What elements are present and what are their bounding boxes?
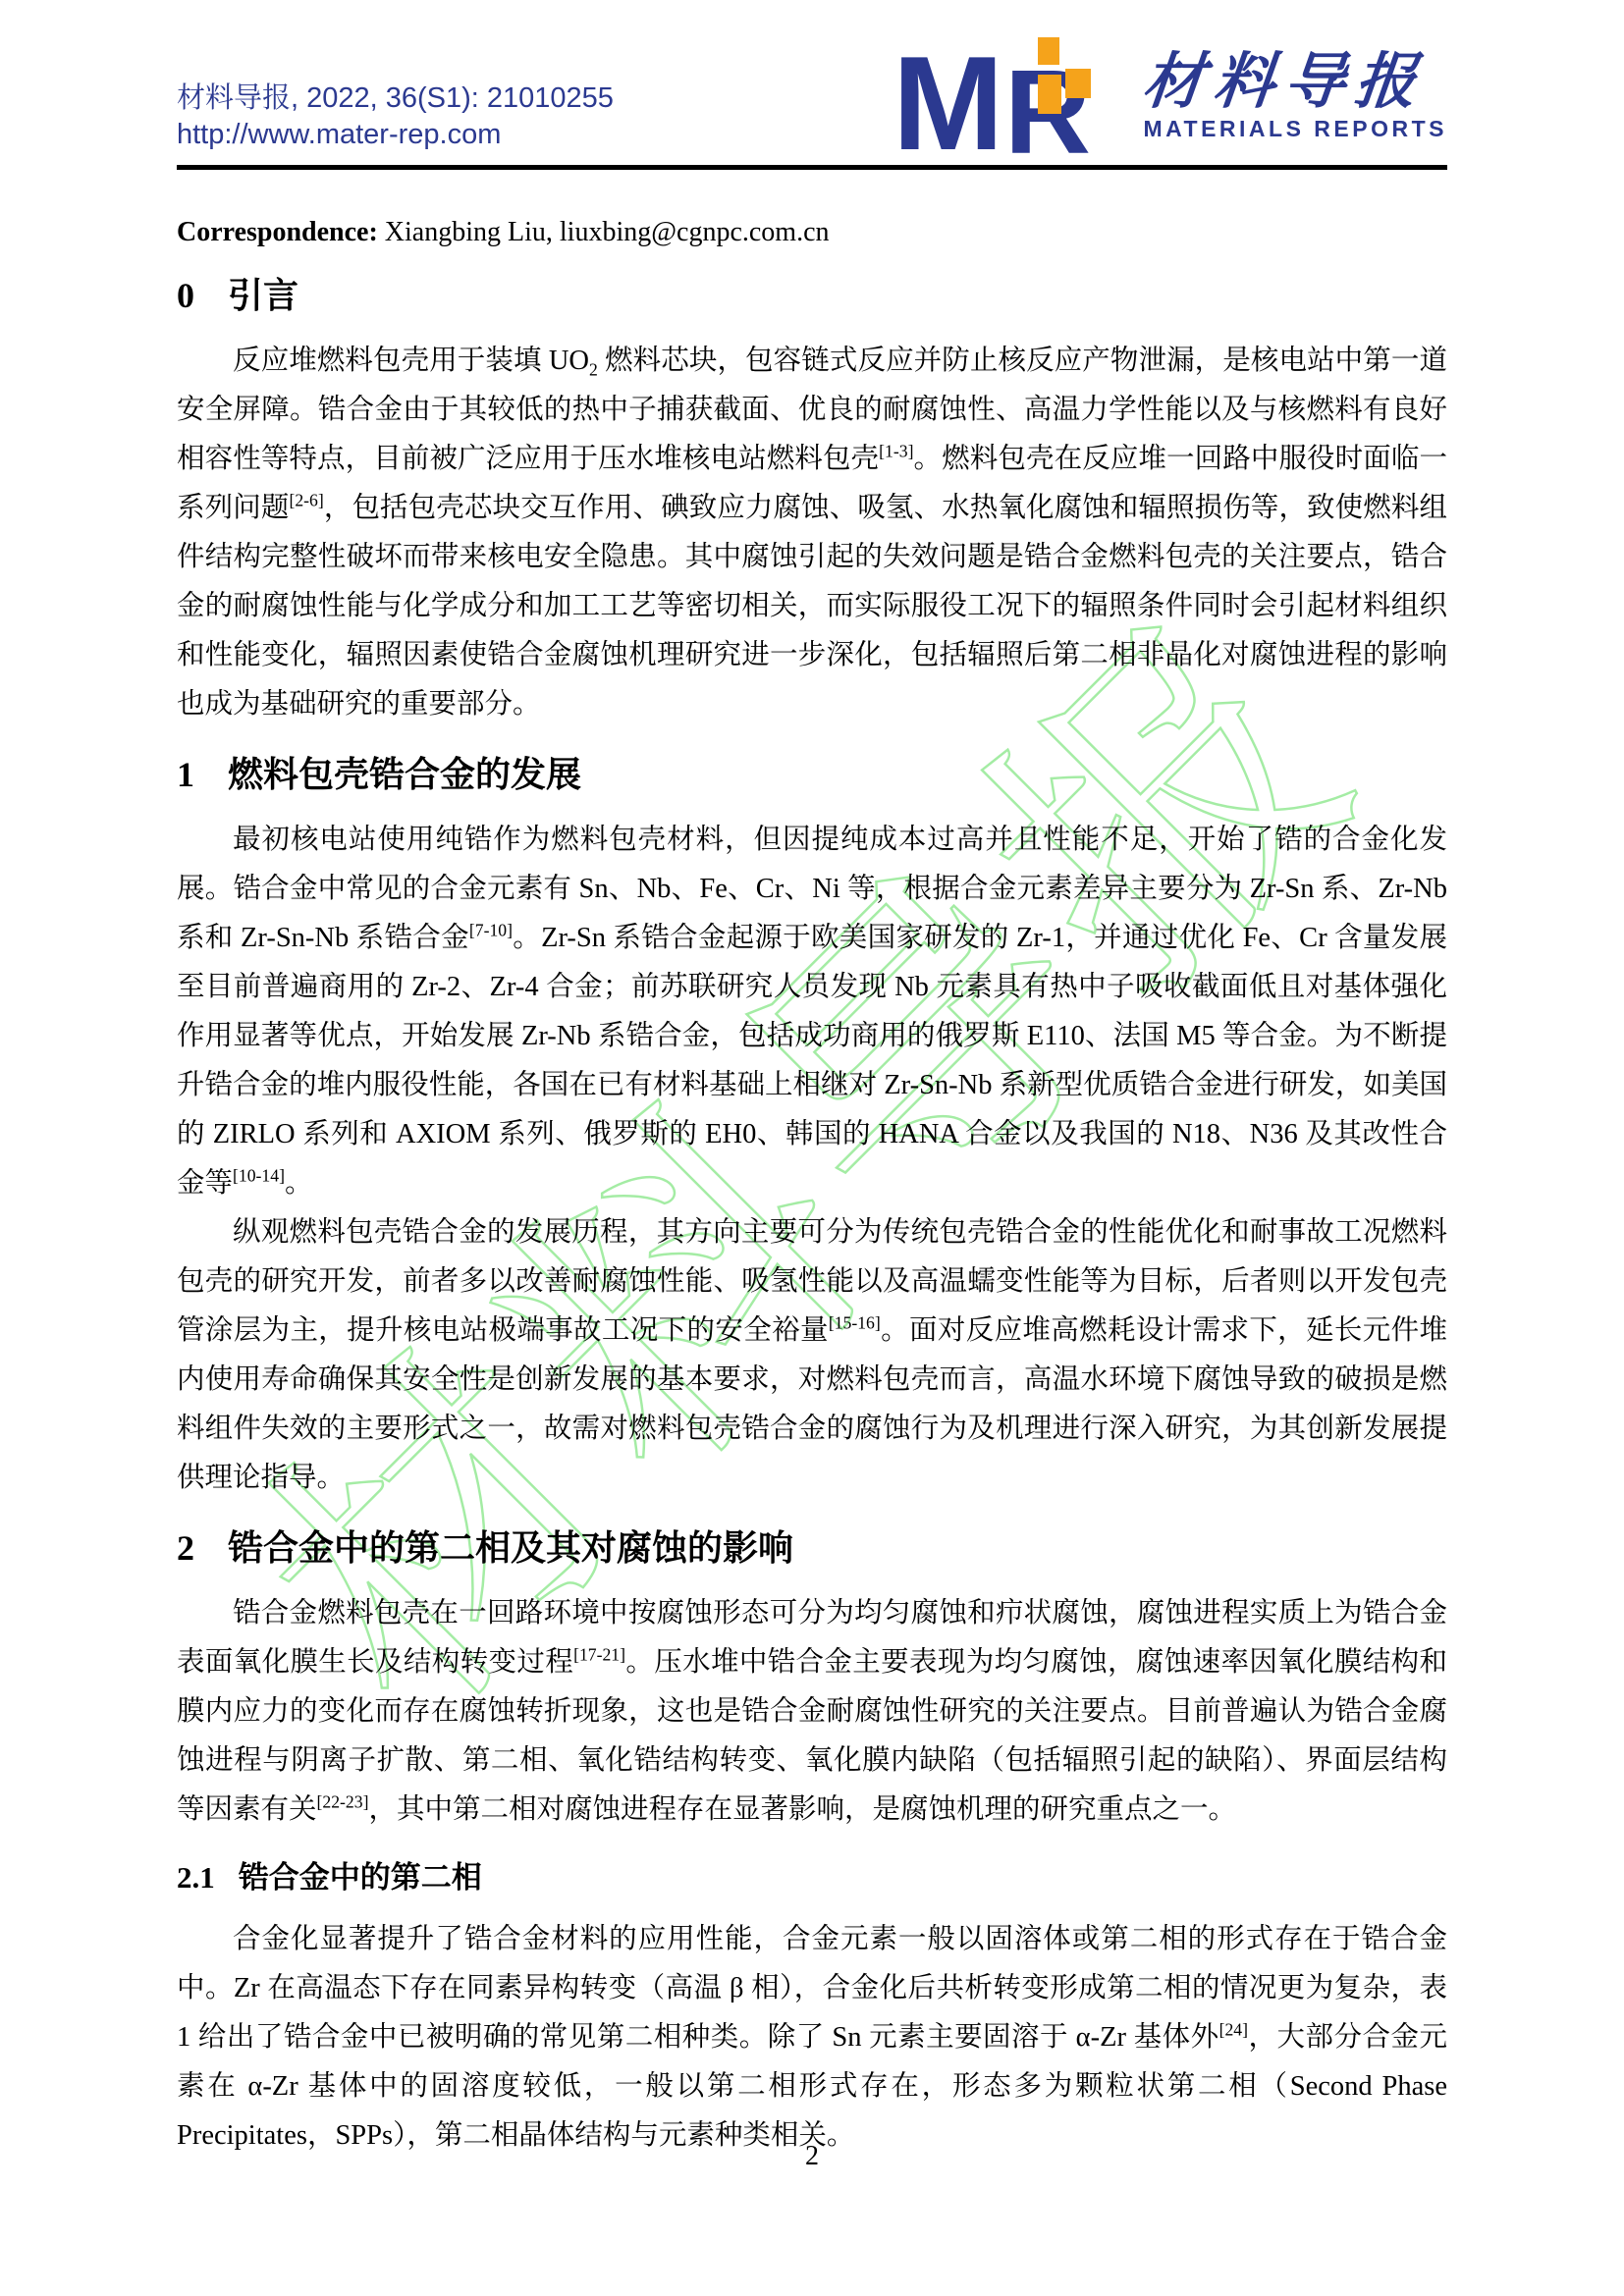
section-title: 燃料包壳锆合金的发展 — [228, 754, 581, 794]
masthead: 材料导报, 2022, 36(S1): 21010255 http://www.… — [177, 80, 1447, 159]
logo-orange-square-1 — [1038, 37, 1059, 65]
paragraph: 锆合金燃料包壳在一回路环境中按腐蚀形态可分为均匀腐蚀和疖状腐蚀，腐蚀进程实质上为… — [177, 1589, 1447, 1835]
section-heading-0: 0引言 — [177, 270, 1447, 321]
logo-orange-square-2 — [1065, 69, 1091, 98]
paragraph: 合金化显著提升了锆合金材料的应用性能，合金元素一般以固溶体或第二相的形式存在于锆… — [177, 1915, 1447, 2161]
page-number: 2 — [0, 2141, 1624, 2172]
section-number: 0 — [177, 276, 194, 315]
mr-monogram-icon: M R — [898, 35, 1129, 158]
paragraph: 最初核电站使用纯锆作为燃料包壳材料，但因提纯成本过高并且性能不足，开始了锆的合金… — [177, 816, 1447, 1208]
correspondence-label: Correspondence: — [177, 217, 378, 247]
journal-logo: M R 材料导报 MATERIALS REPORTS — [898, 35, 1447, 158]
monogram-letter-m: M — [898, 35, 1003, 158]
correspondence-text: Xiangbing Liu, liuxbing@cgnpc.com.cn — [378, 217, 830, 247]
logo-names: 材料导报 MATERIALS REPORTS — [1143, 51, 1447, 142]
paragraph: 纵观燃料包壳锆合金的发展历程，其方向主要可分为传统包壳锆合金的性能优化和耐事故工… — [177, 1208, 1447, 1503]
section-number: 2 — [177, 1528, 194, 1568]
paragraph: 反应堆燃料包壳用于装填 UO2 燃料芯块，包容链式反应并防止核反应产物泄漏，是核… — [177, 337, 1447, 729]
document-page: 材料导报 材料导报, 2022, 36(S1): 21010255 http:/… — [0, 0, 1624, 2296]
logo-name-english: MATERIALS REPORTS — [1143, 116, 1447, 142]
masthead-rule — [177, 165, 1447, 170]
section-heading-2: 2锆合金中的第二相及其对腐蚀的影响 — [177, 1522, 1447, 1574]
section-number: 2.1 — [177, 1860, 215, 1895]
section-title: 锆合金中的第二相及其对腐蚀的影响 — [228, 1527, 793, 1568]
section-number: 1 — [177, 755, 194, 794]
section-title: 引言 — [228, 275, 298, 315]
logo-orange-square-3 — [1038, 75, 1061, 114]
correspondence-line: Correspondence: Xiangbing Liu, liuxbing@… — [177, 215, 1447, 250]
section-heading-1: 1燃料包壳锆合金的发展 — [177, 749, 1447, 800]
section-title: 锆合金中的第二相 — [239, 1860, 482, 1895]
logo-name-chinese: 材料导报 — [1140, 51, 1430, 114]
content-column: 材料导报, 2022, 36(S1): 21010255 http://www.… — [177, 0, 1447, 2161]
section-heading-2-1: 2.1锆合金中的第二相 — [177, 1852, 1447, 1903]
